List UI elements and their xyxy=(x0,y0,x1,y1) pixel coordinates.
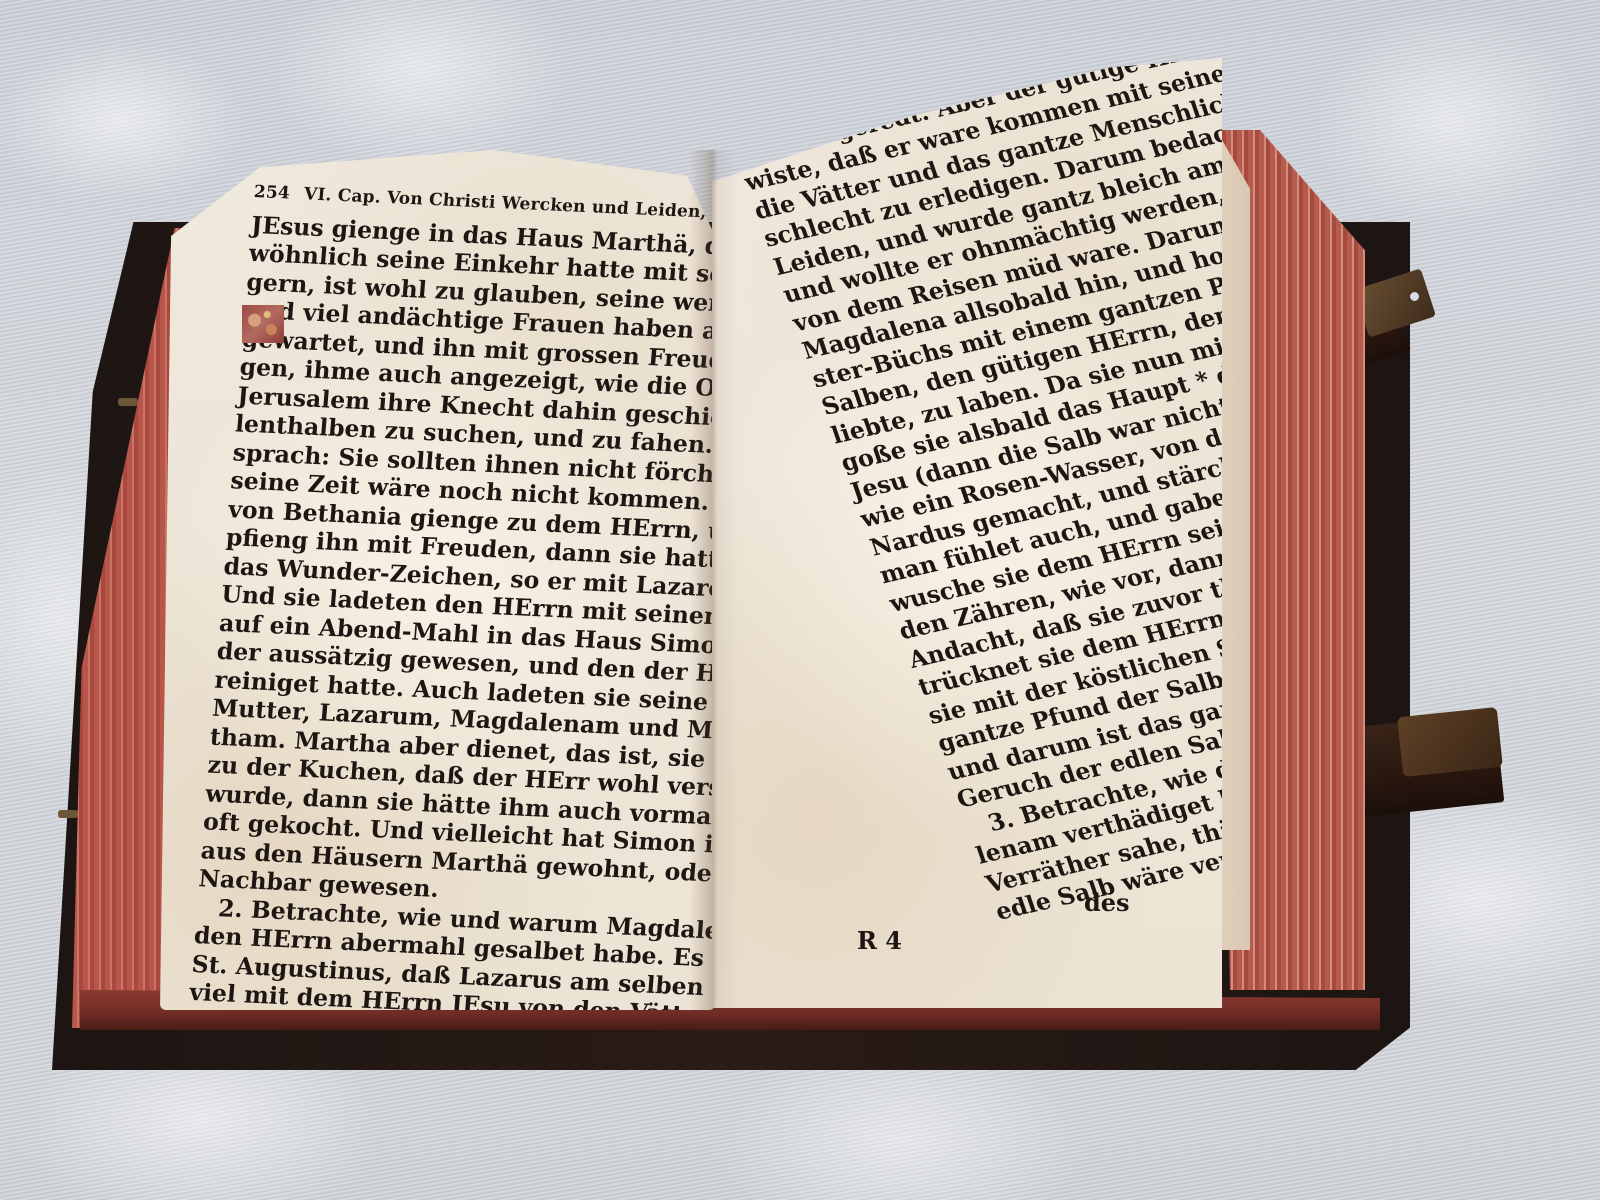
gutter-shadow xyxy=(690,150,740,1010)
signature-mark: R 4 xyxy=(857,926,902,955)
right-page-text: 1. Abs. Wie der HErr am Palm-Abend, &c. … xyxy=(720,58,1222,927)
left-page-text: 254 VI. Cap. Von Christi Wercken und Lei… xyxy=(186,178,715,1010)
right-page: 1. Abs. Wie der HErr am Palm-Abend, &c. … xyxy=(712,58,1222,1008)
left-page-number: 254 xyxy=(253,182,291,204)
right-catchword: des xyxy=(1084,888,1130,917)
left-page: 254 VI. Cap. Von Christi Wercken und Lei… xyxy=(160,150,715,1010)
clasp-metal-bottom xyxy=(1397,707,1503,777)
decorative-vignette-icon xyxy=(242,305,284,343)
clasp-pin xyxy=(118,398,138,406)
clasp-hole-icon xyxy=(1408,290,1421,303)
clasp-pin xyxy=(58,810,78,818)
